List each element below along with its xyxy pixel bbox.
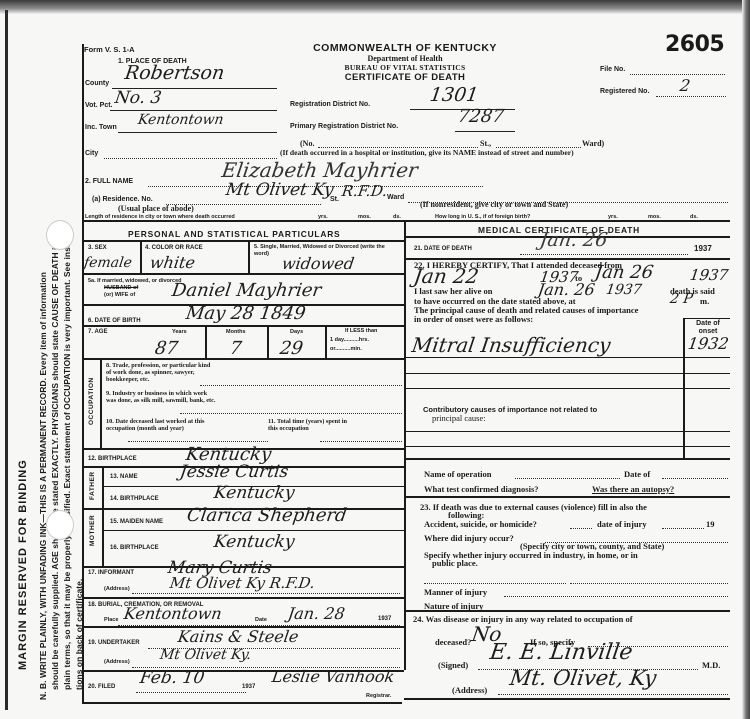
vot-pct-label: Vot. Pct. [85, 102, 112, 109]
occupation-side-divider [100, 358, 102, 448]
registrar-signature: Leslie Vanhook [271, 667, 396, 686]
burial-date-label: Date [255, 617, 267, 623]
injury-date-label: date of injury [597, 519, 647, 529]
registered-no-field [656, 85, 726, 97]
principal-cause-value: Mitral Insufficiency [410, 333, 612, 357]
county-value: Robertson [123, 62, 225, 84]
filed-label: 20. FILED [88, 684, 115, 690]
state-title: COMMONWEALTH OF KENTUCKY [290, 42, 520, 54]
age-days-label: Days [290, 329, 303, 335]
punch-hole-top [46, 220, 74, 250]
nonresident-note: (If nonresident, give city or town and S… [420, 200, 568, 209]
registered-no-label: Registered No. [600, 88, 649, 95]
margin-reserved-label: MARGIN RESERVED FOR BINDING [18, 459, 28, 670]
file-no-field [630, 63, 725, 75]
primary-district-label: Primary Registration District No. [290, 123, 398, 130]
dob-label: 6. DATE OF BIRTH [88, 318, 141, 324]
sex-race-divider [140, 240, 142, 273]
undertaker-label: 19. UNDERTAKER [88, 640, 140, 646]
residence-label: (a) Residence. No. [92, 196, 153, 203]
burial-place-label: Place [104, 617, 118, 623]
last-saw-label: I last saw her alive on [414, 286, 492, 296]
father-name-label: 13. NAME [110, 474, 138, 480]
burial-date-value: Jan. 28 [287, 604, 346, 623]
age-years-value: 87 [154, 338, 180, 359]
spouse-label-2: HUSBAND of [104, 285, 138, 291]
dob-row-rule [84, 325, 404, 327]
undertaker-address-value: Mt Olivet Ky. [159, 647, 252, 663]
residence-value: Mt Olivet Ky [225, 180, 335, 200]
age-years-divider [205, 325, 207, 358]
margin-instruction-line-1: N. B. WRITE PLAINLY, WITH UNFADING INK—T… [38, 272, 48, 700]
physician-address-label: (Address) [452, 685, 487, 695]
attended-to-year: 1937 [689, 266, 730, 284]
certificate-number: 2605 [665, 32, 724, 57]
hospital-note: (If death occurred in a hospital or inst… [280, 148, 574, 157]
less-min-label: or..........min. [330, 346, 362, 352]
registrar-label: Registrar. [366, 693, 391, 699]
operation-row-rule [404, 496, 730, 498]
inc-town-value: Kentontown [137, 112, 225, 128]
industry-field-2 [570, 572, 728, 584]
spouse-label-1: 5a. If married, widowed, or divorced [88, 278, 182, 284]
informant-row-rule [84, 597, 404, 599]
primary-district-value: 7287 [457, 106, 506, 127]
personal-title-rule [84, 240, 404, 242]
sex-label: 3. SEX [88, 245, 107, 251]
md-label: M.D. [702, 660, 720, 670]
section-top-rule [82, 220, 730, 222]
marital-value: widowed [281, 254, 356, 273]
margin-instruction-line-3: plain terms, so that it may be properly … [62, 228, 72, 690]
form-left-border [82, 44, 84, 704]
age-months-value: 7 [229, 338, 243, 359]
cause-line-3 [406, 388, 730, 389]
injury-year-label: 19 [706, 519, 715, 529]
certificate-header: COMMONWEALTH OF KENTUCKY Department of H… [290, 42, 520, 83]
undertaker-address-label: (Address) [104, 659, 130, 665]
less-day-label: 1 day..........hrs. [330, 337, 369, 343]
occ11-field [320, 430, 402, 442]
accident-field [570, 517, 592, 529]
mother-name-value: Clarica Shepherd [186, 505, 349, 526]
onset-date-value: 1932 [687, 334, 730, 353]
parents-side-divider [102, 466, 104, 566]
race-value: white [149, 253, 197, 272]
doc-type-label: CERTIFICATE OF DEATH [290, 72, 520, 83]
binding-margin: MARGIN RESERVED FOR BINDING N. B. WRITE … [10, 30, 80, 700]
occupation-related-label: 24. Was disease or injury in any way rel… [413, 614, 633, 624]
age-days-divider [325, 325, 327, 358]
race-marital-divider [248, 240, 250, 273]
occ9-field [180, 402, 402, 414]
sex-value: female [83, 255, 133, 271]
column-divider [404, 220, 406, 670]
punch-hole-bottom [46, 510, 74, 540]
specify-industry-2: public place. [432, 558, 478, 568]
undertaker-value: Kains & Steele [177, 627, 300, 646]
full-name-label: 2. FULL NAME [85, 178, 133, 185]
informant-address-value: Mt Olivet Ky R.F.D. [169, 574, 316, 592]
county-label: County [85, 80, 109, 87]
filed-year-value: 1937 [242, 684, 255, 690]
burial-place-value: Kentontown [123, 604, 223, 623]
autopsy-label: Was there an autopsy? [592, 484, 674, 494]
usual-abode-note: (Usual place of abode) [118, 204, 194, 213]
occ8-field [200, 374, 402, 386]
last-saw-year: 1937 [605, 282, 643, 298]
medical-bottom-rule [404, 698, 730, 700]
scan-top-edge [0, 0, 750, 14]
city-st-field [496, 136, 581, 148]
meridiem-label: m. [700, 296, 709, 306]
inc-town-label: Inc. Town [85, 124, 117, 131]
city-no-label: (No. [300, 139, 314, 148]
injury-date-field [662, 517, 704, 529]
age-days-value: 29 [279, 338, 305, 359]
operation-label: Name of operation [424, 469, 492, 479]
operation-date-field [662, 467, 728, 479]
occupation-vertical-label: OCCUPATION [88, 377, 95, 425]
registration-district-value: 1301 [428, 84, 479, 106]
birthplace-label: 12. BIRTHPLACE [88, 456, 137, 462]
department-label: Department of Health [290, 54, 520, 63]
mother-birthplace-value: Kentucky [213, 532, 296, 552]
where-injury-label: Where did injury occur? [424, 533, 514, 543]
scan-left-edge [5, 10, 8, 710]
race-label: 4. COLOR OR RACE [145, 245, 203, 251]
residence-st-value: R.F.D. [341, 182, 389, 200]
deceased-label: deceased? [435, 637, 471, 647]
full-name-value: Elizabeth Mayhrier [220, 158, 419, 182]
industry-field-1 [424, 572, 566, 584]
mother-birthplace-label: 16. BIRTHPLACE [110, 545, 159, 551]
time-of-death-value: 2 P [669, 291, 694, 307]
physician-signature: E. E. Linville [488, 640, 634, 665]
residence-ward-label: Ward [387, 194, 404, 201]
filed-date-value: Feb. 10 [139, 668, 206, 688]
age-row-rule [84, 358, 404, 360]
cause-line-1 [406, 357, 730, 358]
physician-address-value: Mt. Olivet, Ky [508, 666, 658, 690]
father-birthplace-value: Kentucky [213, 483, 296, 503]
occ10-field [128, 430, 268, 442]
manner-label: Manner of injury [424, 587, 487, 597]
date-of-death-label: 21. DATE OF DEATH [414, 246, 472, 252]
scan-right-edge [742, 0, 750, 719]
form-bottom-border [82, 702, 402, 704]
accident-label: Accident, suicide, or homicide? [424, 519, 537, 529]
manner-field [504, 585, 728, 597]
residence-st-label: St. [330, 196, 339, 203]
contributory-label-2: principal cause: [432, 413, 486, 423]
date-of-death-value: Jan. 26 [538, 229, 609, 251]
registration-district-label: Registration District No. [290, 101, 370, 108]
city-no-field [318, 136, 478, 148]
age-label: 7. AGE [88, 329, 107, 335]
contrib-line-1 [406, 431, 730, 432]
injury-row-rule [404, 610, 730, 612]
contrib-line-2 [406, 446, 730, 447]
mother-vertical-label: MOTHER [89, 515, 96, 546]
father-vertical-label: FATHER [89, 471, 96, 500]
father-birthplace-label: 14. BIRTHPLACE [110, 496, 159, 502]
mother-name-label: 15. MAIDEN NAME [110, 519, 163, 525]
death-certificate-scan: MARGIN RESERVED FOR BINDING N. B. WRITE … [0, 0, 750, 719]
file-no-label: File No. [600, 66, 625, 73]
vot-pct-value: No. 3 [114, 88, 163, 108]
informant-label: 17. INFORMANT [88, 570, 134, 576]
age-months-label: Months [226, 329, 246, 335]
attended-from-value: Jan 22 [412, 264, 480, 288]
form-number: Form V. S. 1-A [84, 45, 135, 54]
sex-row-rule [84, 273, 404, 275]
dob-value: May 28 1849 [185, 303, 307, 324]
city-label: City [85, 150, 98, 157]
personal-section-title: PERSONAL AND STATISTICAL PARTICULARS [128, 229, 340, 239]
date-of-death-year: 1937 [694, 244, 712, 253]
bureau-label: BUREAU OF VITAL STATISTICS [290, 63, 520, 72]
mother-name-rule [102, 530, 404, 531]
margin-instruction-line-2: should be carefully supplied. AGE should… [50, 242, 60, 690]
age-years-label: Years [172, 329, 187, 335]
city-ward-label: Ward) [582, 139, 604, 148]
city-st-label: St., [480, 139, 491, 148]
operation-field [515, 467, 620, 479]
cause-intro-2: in order of onset were as follows: [414, 314, 533, 324]
age-months-divider [267, 325, 269, 358]
informant-address-label: (Address) [104, 586, 130, 592]
less-than-label: If LESS than [345, 328, 377, 334]
operation-date-label: Date of [624, 469, 650, 479]
cause-line-2 [406, 373, 730, 374]
attended-to-value: Jan 26 [594, 262, 655, 283]
signed-label: (Signed) [438, 660, 468, 670]
test-label: What test confirmed diagnosis? [424, 484, 539, 494]
spouse-value: Daniel Mayhrier [171, 280, 323, 301]
spouse-label-3: (or) WIFE of [104, 292, 135, 298]
father-name-value: Jessie Curtis [179, 462, 290, 482]
contrib-row-rule [404, 458, 730, 460]
onset-header-top [683, 318, 730, 319]
burial-year-value: 1937 [378, 616, 391, 622]
